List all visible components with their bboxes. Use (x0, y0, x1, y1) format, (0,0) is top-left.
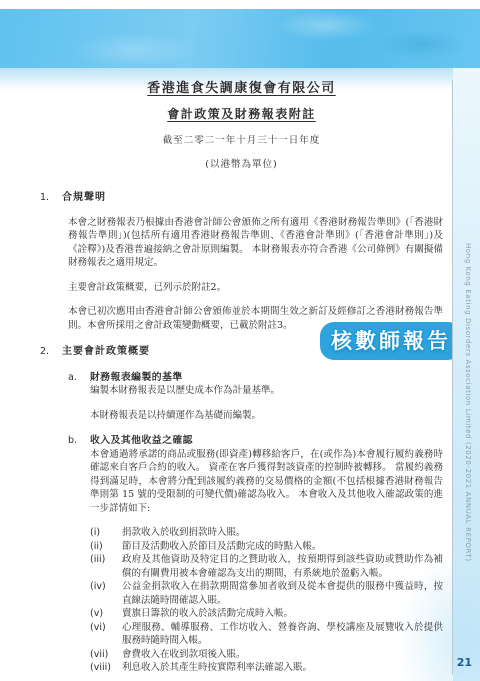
revenue-item-marker: (viii) (90, 661, 122, 675)
currency-note: (以港幣為單位) (40, 158, 443, 172)
revenue-item-text: 節目及活動收入於節目及活動完成的時點入帳。 (122, 540, 443, 554)
subsection-a-body: 財務報表編製的基準 編製本財務報表是以歷史成本作為計量基準。 本財務報表是以持續… (90, 371, 443, 423)
subsection-a-para-1: 編製本財務報表是以歷史成本作為計量基準。 (90, 384, 443, 398)
revenue-item: (vi) 心理服務、輔導服務、工作坊收入、營養咨詢、學校講座及展覽收入於提供服務… (90, 621, 443, 648)
org-name: 香港進食失調康復會有限公司 (40, 82, 443, 96)
revenue-item-marker: (iii) (90, 553, 122, 580)
subsection-a-heading: 財務報表編製的基準 (90, 371, 443, 385)
subsection-b-body: 收入及其他收益之確認 本會通過將承諾的商品或服務(即資產)轉移給客戶，在(或作為… (90, 434, 443, 675)
revenue-item-marker: (v) (90, 607, 122, 621)
subsection-a-letter: a. (68, 371, 90, 423)
subsection-b-intro: 本會通過將承諾的商品或服務(即資產)轉移給客戶，在(或作為)本會履行履約義務時確… (90, 448, 443, 516)
section-1-number: 1. (40, 191, 62, 332)
revenue-item-marker: (vii) (90, 648, 122, 662)
reporting-period: 截至二零二一年十月三十一日年度 (40, 134, 443, 148)
subsection-a: a. 財務報表編製的基準 編製本財務報表是以歷史成本作為計量基準。 本財務報表是… (68, 371, 443, 423)
document-title-block: 香港進食失調康復會有限公司 會計政策及財務報表附註 截至二零二一年十月三十一日年… (40, 82, 443, 171)
doc-title: 會計政策及財務報表附註 (40, 108, 443, 122)
section-1-body: 合規聲明 本會之財務報表乃根據由香港會計師公會頒佈之所有適用《香港財務報告準則》… (62, 191, 443, 332)
revenue-recognition-list: (i) 捐款收入於收到捐款時入賬。 (ii) 節目及活動收入於節目及活動完成的時… (90, 526, 443, 675)
revenue-item-marker: (i) (90, 526, 122, 540)
revenue-item: (ii) 節目及活動收入於節目及活動完成的時點入帳。 (90, 540, 443, 554)
revenue-item-marker: (ii) (90, 540, 122, 554)
page-number: 21 (457, 656, 472, 669)
section-1-para-1: 本會之財務報表乃根據由香港會計師公會頒佈之所有適用《香港財務報告準則》(「香港財… (68, 216, 443, 270)
section-1-heading: 合規聲明 (62, 191, 443, 205)
subsection-b-letter: b. (68, 434, 90, 675)
revenue-item: (viii) 利息收入於其產生時按實際利率法確認入賬。 (90, 661, 443, 675)
section-2-body: 主要會計政策概要 a. 財務報表編製的基準 編製本財務報表是以歷史成本作為計量基… (62, 345, 443, 675)
revenue-item-text: 利息收入於其產生時按實際利率法確認入賬。 (122, 661, 443, 675)
revenue-item-text: 捐款收入於收到捐款時入賬。 (122, 526, 443, 540)
report-page: 核數師報告 Hong Kong Eating Disorders Associa… (0, 0, 480, 681)
revenue-item-text: 賣旗日籌款的收入於該活動完成時入帳。 (122, 607, 443, 621)
section-2-number: 2. (40, 345, 62, 675)
section-2-heading: 主要會計政策概要 (62, 345, 443, 359)
subsection-a-para-2: 本財務報表是以持續運作為基礎而編製。 (90, 409, 443, 423)
report-header-banner (0, 9, 480, 68)
revenue-item-marker: (iv) (90, 580, 122, 607)
revenue-item-text: 心理服務、輔導服務、工作坊收入、營養咨詢、學校講座及展覽收入於提供服務時隨時間入… (122, 621, 443, 648)
revenue-item: (iii) 政府及其他資助及特定目的之贊助收入，按預期得到該些資助或贊助作為補償… (90, 553, 443, 580)
revenue-item: (vii) 會費收入在收到款項後入賬。 (90, 648, 443, 662)
revenue-item-text: 會費收入在收到款項後入賬。 (122, 648, 443, 662)
section-1-para-3: 本會已初次應用由香港會計師公會頒佈並於本期間生效之新訂及經修訂之香港財務報告準則… (68, 305, 443, 332)
section-1: 1. 合規聲明 本會之財務報表乃根據由香港會計師公會頒佈之所有適用《香港財務報告… (40, 191, 443, 332)
revenue-item: (iv) 公益金捐款收入在捐款期間當參加者收到及從本會提供的服務中獲益時，按直線… (90, 580, 443, 607)
sidebar-vertical-text: Hong Kong Eating Disorders Association L… (464, 243, 472, 562)
revenue-item-marker: (vi) (90, 621, 122, 648)
revenue-item: (i) 捐款收入於收到捐款時入賬。 (90, 526, 443, 540)
revenue-item-text: 公益金捐款收入在捐款期間當參加者收到及從本會提供的服務中獲益時，按直線法隨時間確… (122, 580, 443, 607)
revenue-item-text: 政府及其他資助及特定目的之贊助收入，按預期得到該些資助或贊助作為補償的有關費用被… (122, 553, 443, 580)
right-margin-divider (452, 80, 453, 675)
section-2: 2. 主要會計政策概要 a. 財務報表編製的基準 編製本財務報表是以歷史成本作為… (40, 345, 443, 675)
section-1-para-2: 主要會計政策概要，已列示於附註2。 (68, 281, 443, 295)
subsection-b: b. 收入及其他收益之確認 本會通過將承諾的商品或服務(即資產)轉移給客戶，在(… (68, 434, 443, 675)
document-content: 香港進食失調康復會有限公司 會計政策及財務報表附註 截至二零二一年十月三十一日年… (40, 82, 443, 675)
revenue-item: (v) 賣旗日籌款的收入於該活動完成時入帳。 (90, 607, 443, 621)
subsection-b-heading: 收入及其他收益之確認 (90, 434, 443, 448)
